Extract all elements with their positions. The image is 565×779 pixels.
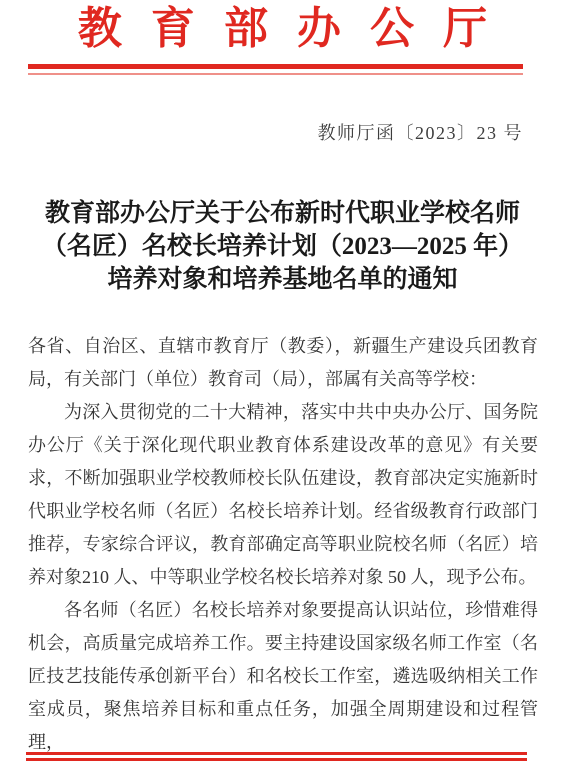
footer-double-rule: [26, 752, 527, 761]
letterhead-divider-thick-line: [28, 64, 523, 69]
document-title: 教育部办公厅关于公布新时代职业学校名师 （名匠）名校长培养计划（2023—202…: [10, 197, 555, 296]
scanned-official-document-page: 教育部办公厅 教师厅函〔2023〕23 号 教育部办公厅关于公布新时代职业学校名…: [0, 0, 565, 779]
body-paragraph-2: 各名师（名匠）名校长培养对象要提高认识站位，珍惜难得机会，高质量完成培养工作。要…: [28, 594, 538, 759]
document-title-line-2: （名匠）名校长培养计划（2023—2025 年）: [10, 230, 555, 263]
letterhead-divider: [28, 64, 523, 75]
body-paragraph-1: 为深入贯彻党的二十大精神，落实中共中央办公厅、国务院办公厅《关于深化现代职业教育…: [28, 396, 538, 594]
letterhead-divider-thin-line: [28, 73, 523, 75]
document-number: 教师厅函〔2023〕23 号: [318, 119, 524, 145]
salutation-paragraph: 各省、自治区、直辖市教育厅（教委），新疆生产建设兵团教育局，有关部门（单位）教育…: [28, 330, 538, 396]
document-title-line-3: 培养对象和培养基地名单的通知: [10, 263, 555, 296]
document-title-line-1: 教育部办公厅关于公布新时代职业学校名师: [10, 197, 555, 230]
letterhead-agency-name: 教育部办公厅: [0, 2, 565, 56]
document-body: 各省、自治区、直辖市教育厅（教委），新疆生产建设兵团教育局，有关部门（单位）教育…: [28, 330, 538, 759]
